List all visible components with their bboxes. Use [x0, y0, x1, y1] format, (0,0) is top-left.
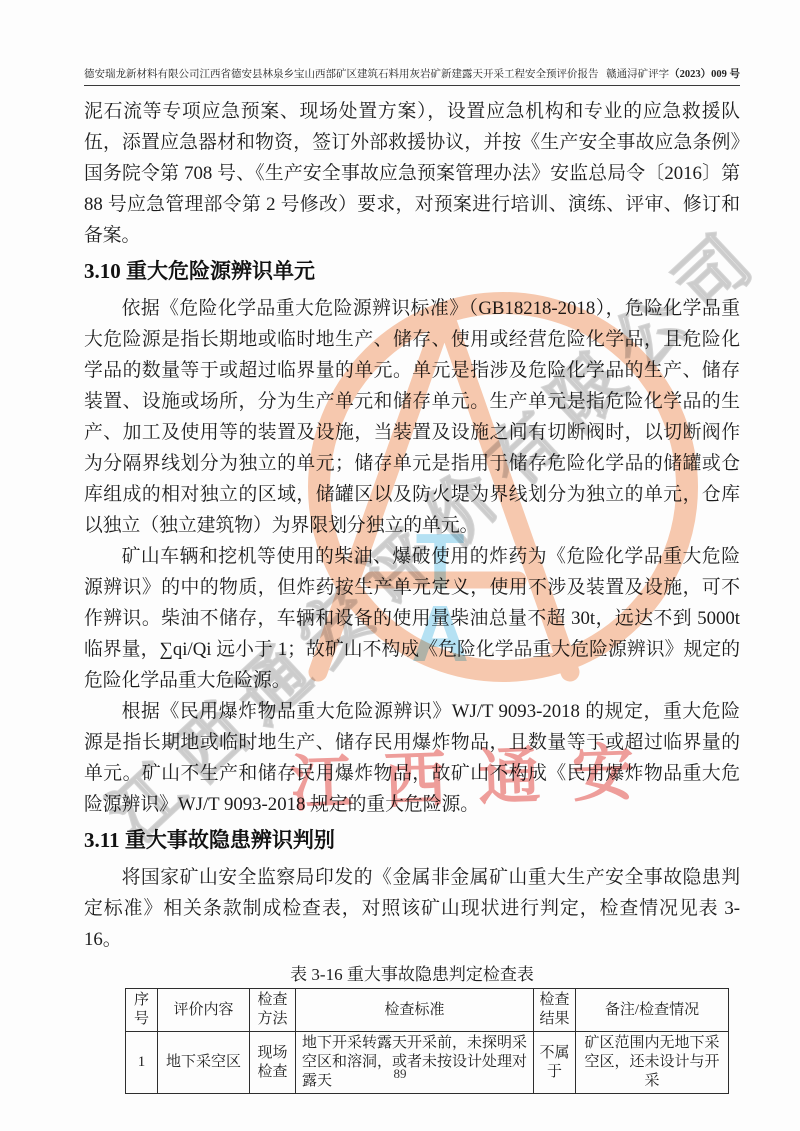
col-header-result: 检查结果 [534, 989, 576, 1032]
paragraph: 矿山车辆和挖机等使用的柴油、爆破使用的炸药为《危险化学品重大危险源辨识》的中的物… [84, 541, 740, 696]
col-header-no: 序号 [126, 989, 158, 1032]
cell-method: 现场检查 [250, 1032, 296, 1094]
cell-note: 矿区范围内无地下采空区，还未设计与开采 [576, 1032, 729, 1094]
page-number: 89 [0, 1066, 800, 1082]
cell-content: 地下采空区 [158, 1032, 250, 1094]
paragraph: 根据《民用爆炸物品重大危险源辨识》WJ/T 9093-2018 的规定，重大危险… [84, 696, 740, 820]
paragraph: 将国家矿山安全监察局印发的《金属非金属矿山重大生产安全事故隐患判定标准》相关条款… [84, 862, 740, 955]
header-code-prefix: 赣通浔矿评字 [606, 69, 669, 80]
table-caption: 表 3-16 重大事故隐患判定检查表 [84, 962, 740, 988]
col-header-method: 检查方法 [250, 989, 296, 1032]
document-body: 泥石流等专项应急预案、现场处置方案），设置应急机构和专业的应急救援队伍，添置应急… [84, 96, 740, 1094]
table-row: 1 地下采空区 现场检查 地下开采转露天开采前，未探明采空区和溶洞，或者未按设计… [126, 1032, 729, 1094]
paragraph: 依据《危险化学品重大危险源辨识标准》（GB18218-2018），危险化学品重大… [84, 293, 740, 541]
col-header-note: 备注/检查情况 [576, 989, 729, 1032]
col-header-content: 评价内容 [158, 989, 250, 1032]
section-heading-3-11: 3.11 重大事故隐患辨识判别 [84, 825, 740, 855]
paragraph-intro: 泥石流等专项应急预案、现场处置方案），设置应急机构和专业的应急救援队伍，添置应急… [84, 96, 740, 251]
cell-no: 1 [126, 1032, 158, 1094]
cell-standard: 地下开采转露天开采前，未探明采空区和溶洞，或者未按设计处理对露天 [296, 1032, 534, 1094]
header-code-number: （2023）009 号 [669, 69, 740, 80]
cell-result: 不属于 [534, 1032, 576, 1094]
col-header-standard: 检查标准 [296, 989, 534, 1032]
header-document-code: 赣通浔矿评字（2023）009 号 [606, 66, 740, 81]
header-report-title: 德安瑞龙新材料有限公司江西省德安县林泉乡宝山西部矿区建筑石料用灰岩矿新建露天开采… [84, 66, 599, 81]
document-page: 德安瑞龙新材料有限公司江西省德安县林泉乡宝山西部矿区建筑石料用灰岩矿新建露天开采… [0, 0, 800, 1131]
page-header: 德安瑞龙新材料有限公司江西省德安县林泉乡宝山西部矿区建筑石料用灰岩矿新建露天开采… [84, 66, 740, 86]
table-header-row: 序号 评价内容 检查方法 检查标准 检查结果 备注/检查情况 [126, 989, 729, 1032]
section-heading-3-10: 3.10 重大危险源辨识单元 [84, 256, 740, 286]
